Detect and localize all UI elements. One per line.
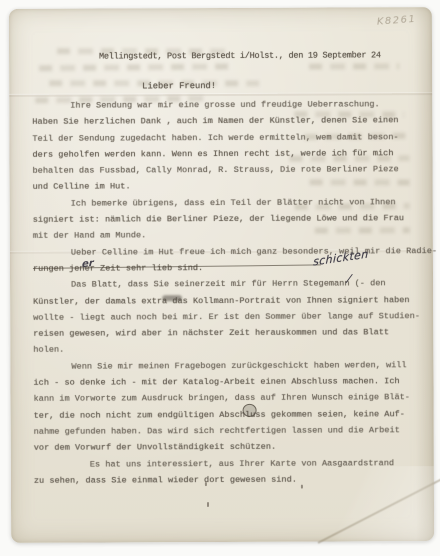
typed-line: reisen gewesen, wird aber in nächster Ze… (33, 324, 429, 342)
typed-line: vor dem Vorwurf der Unvollständigkeit sc… (34, 438, 430, 456)
typed-line: Wenn Sie mir meinen Fragebogen zurückges… (33, 357, 429, 375)
typed-line: kann im Vorworte zum Ausdruck bringen, d… (34, 389, 430, 407)
typed-line: behalten das Fussbad, Cally Monrad, R. S… (33, 161, 429, 179)
typed-line: Es hat uns interessiert, aus Ihrer Karte… (34, 455, 430, 473)
typed-line: Haben Sie herzlichen Dank , auch im Name… (32, 112, 428, 130)
handwritten-overwrite: er (82, 258, 94, 270)
paragraph: Wenn Sie mir meinen Fragebogen zurückges… (33, 357, 429, 457)
typed-line: ders geholfen werden kann. Wenn es Ihnen… (32, 145, 428, 163)
typed-line: zu sehen, dass Sie einmal wieder dort ge… (34, 471, 430, 489)
dateline: Mellingstedt, Post Bergstedt i/Holst., d… (99, 50, 381, 61)
pencil-circle (243, 404, 257, 417)
paragraph: Es hat uns interessiert, aus Ihrer Karte… (34, 455, 430, 489)
paragraph: Das Blatt, dass Sie seinerzeit mir für H… (33, 275, 429, 358)
typed-line: holen. (33, 341, 429, 359)
typed-line: wollte - liegt auch noch bei mir. Er ist… (33, 308, 429, 326)
paragraph: Ihre Sendung war mir eine grosse und fre… (32, 96, 428, 196)
paper-speck (205, 482, 207, 486)
letter-page: K8261 Mellingstedt, Post Bergstedt i/Hol… (9, 7, 434, 543)
paragraph: Ich bemerke übrigens, dass ein Teil der … (33, 194, 429, 245)
typed-line: Ihre Sendung war mir eine grosse und fre… (32, 96, 428, 114)
typed-line: signiert ist: nämlich die Berliner Pieze… (33, 210, 429, 228)
typed-line: Teil der Sendung zugedacht haben. Ich we… (32, 129, 428, 147)
ghost-bleedthrough (309, 63, 399, 69)
typed-line: Künstler, der damals extra das Kollmann-… (33, 292, 429, 310)
letter-body: Ihre Sendung war mir eine grosse und fre… (32, 96, 430, 489)
typed-line: nahme gefunden haben. Das wird sich rech… (34, 422, 430, 440)
paper-speck (207, 502, 209, 507)
typed-line: mit der Hand am Munde. (33, 226, 429, 244)
typed-line: ter, die noch nicht zum endgültigen Absc… (34, 406, 430, 424)
salutation: Lieber Freund! (142, 81, 216, 91)
archival-pencil-mark: K8261 (377, 14, 417, 28)
typed-line: und Celline im Hut. (33, 178, 429, 196)
typed-line: Das Blatt, dass Sie seinerzeit mir für H… (33, 275, 429, 293)
typed-line: ich - so denke ich - mit der Katalog-Arb… (33, 373, 429, 391)
scan-background: K8261 Mellingstedt, Post Bergstedt i/Hol… (0, 0, 440, 556)
typed-line: Ich bemerke übrigens, dass ein Teil der … (33, 194, 429, 212)
ghost-bleedthrough (39, 63, 229, 71)
ink-smudge (162, 295, 182, 301)
paper-speck (301, 485, 303, 489)
